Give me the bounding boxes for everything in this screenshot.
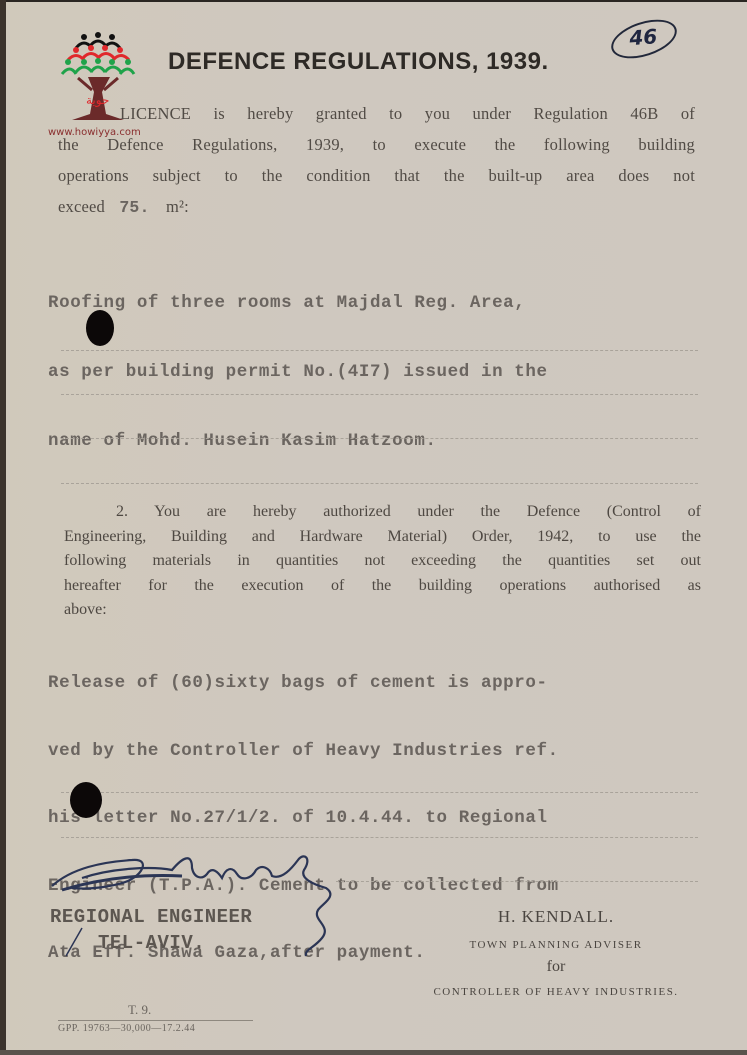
punch-hole (86, 310, 114, 346)
footer-rule (58, 1020, 253, 1021)
document-title: DEFENCE REGULATIONS, 1939. (168, 48, 598, 76)
signatory-for: for (376, 958, 736, 976)
area-unit: m²: (166, 197, 189, 216)
signatory-title: TOWN PLANNING ADVISER (376, 939, 736, 951)
para2-line-3: following materials in quantities not ex… (64, 549, 701, 574)
typed-line: his letter No.27/1/2. of 10.4.44. to Reg… (48, 807, 559, 830)
typed-line: name of Mohd. Husein Kasim Hatzoom. (48, 430, 548, 453)
punch-hole (70, 782, 102, 818)
typed-line: ved by the Controller of Heavy Industrie… (48, 740, 559, 763)
exceed-label: exceed (58, 197, 105, 216)
folio-number: 46 (629, 24, 658, 50)
blank-line (61, 350, 698, 351)
paragraph-2: 2. You are hereby authorized under the D… (64, 500, 701, 623)
typed-line: Roofing of three rooms at Majdal Reg. Ar… (48, 292, 548, 315)
scan-bottom-edge (0, 1050, 747, 1055)
signatory-name: H. KENDALL. (376, 907, 736, 927)
para2-line-1: 2. You are hereby authorized under the D… (64, 500, 701, 525)
regional-engineer-stamp-line-2: TEL-AVIV. (98, 932, 205, 954)
licence-paragraph: LICENCE is hereby granted to you under R… (58, 98, 695, 223)
regional-engineer-stamp-line-1: REGIONAL ENGINEER (50, 906, 252, 928)
typed-line: as per building permit No.(4I7) issued i… (48, 361, 548, 384)
print-code: GPP. 19763—30,000—17.2.44 (58, 1023, 195, 1034)
licence-line-3: operations subject to the condition that… (58, 160, 695, 191)
blank-line (61, 394, 698, 395)
typed-line: Release of (60)sixty bags of cement is a… (48, 672, 559, 695)
licence-line-4: exceed 75. m²: (58, 191, 695, 223)
licence-line-1: LICENCE is hereby granted to you under R… (58, 98, 695, 129)
para2-line-2: Engineering, Building and Hardware Mater… (64, 525, 701, 550)
blank-line (336, 881, 698, 882)
para2-line-4: hereafter for the execution of the build… (64, 574, 701, 599)
blank-line (61, 483, 698, 484)
building-operations-typed: Roofing of three rooms at Majdal Reg. Ar… (48, 246, 548, 499)
form-code: T. 9. (128, 1002, 151, 1018)
blank-line (61, 438, 698, 439)
licence-document: حوية www.howiyya.com DEFENCE REGULATIONS… (6, 2, 747, 1050)
signatory-office: CONTROLLER OF HEAVY INDUSTRIES. (376, 986, 736, 998)
blank-line (61, 792, 698, 793)
para2-line-5: above: (64, 598, 701, 623)
area-value: 75. (119, 198, 149, 217)
folio-number-circled: 46 (606, 12, 681, 65)
licence-line-2: the Defence Regulations, 1939, to execut… (58, 129, 695, 160)
